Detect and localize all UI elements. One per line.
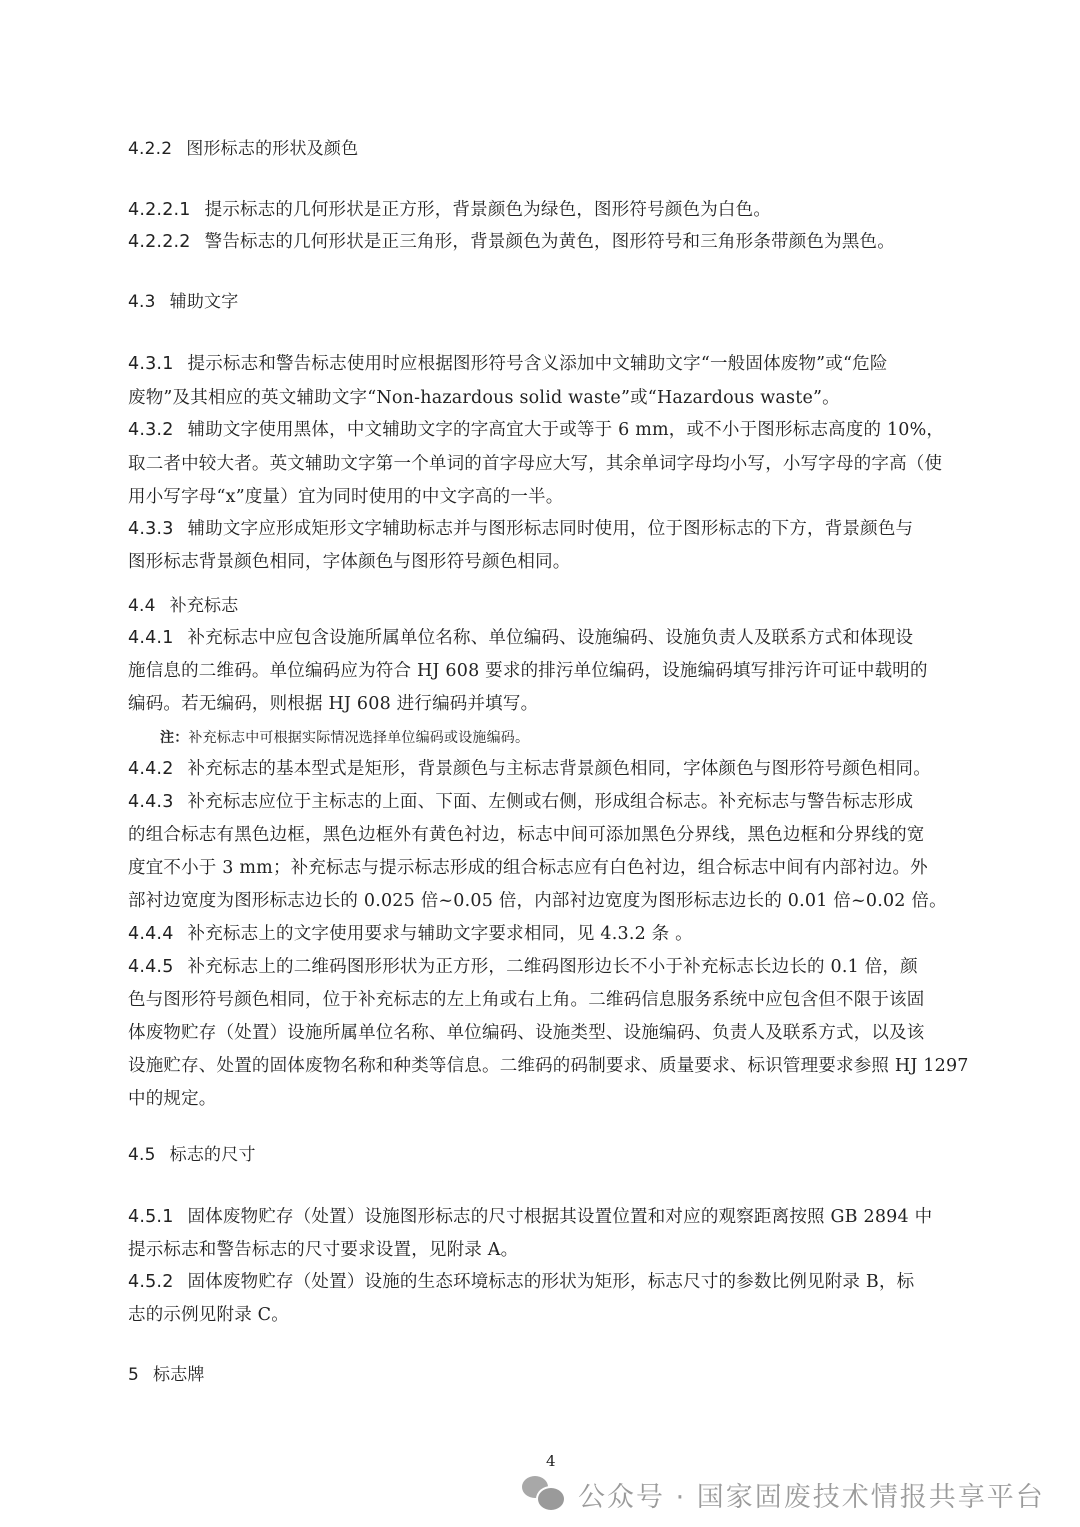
section-heading: 4.2.2图形标志的形状及颜色	[128, 137, 978, 161]
paragraph-line: 色与图形符号颜色相同，位于补充标志的左上角或右上角。二维码信息服务系统中应包含但…	[128, 988, 978, 1012]
clause-number: 4.2.2.1	[128, 200, 191, 220]
clause-number: 4.5.2	[128, 1272, 174, 1292]
paragraph-line: 4.2.2.2警告标志的几何形状是正三角形，背景颜色为黄色，图形符号和三角形条带…	[128, 230, 978, 254]
line-text: 中的规定。	[128, 1089, 217, 1109]
paragraph-line: 4.5.1固体废物贮存（处置）设施图形标志的尺寸根据其设置位置和对应的观察距离按…	[128, 1205, 978, 1229]
line-text: 废物”及其相应的英文辅助文字“Non-hazardous solid waste…	[128, 388, 840, 408]
clause-number: 5	[128, 1365, 139, 1385]
paragraph-line: 编码。若无编码，则根据 HJ 608 进行编码并填写。	[128, 692, 978, 716]
line-text: 提示标志和警告标志的尺寸要求设置，见附录 A。	[128, 1240, 518, 1260]
section-heading: 4.5标志的尺寸	[128, 1143, 978, 1167]
line-text: 补充标志上的二维码图形形状为正方形，二维码图形边长不小于补充标志长边长的 0.1…	[188, 957, 918, 977]
clause-number: 4.2.2.2	[128, 232, 191, 252]
clause-number: 4.3.2	[128, 420, 174, 440]
line-text: 图形标志的形状及颜色	[186, 139, 358, 159]
paragraph-line: 4.3.2辅助文字使用黑体，中文辅助文字的字高宜大于或等于 6 mm，或不小于图…	[128, 418, 978, 442]
line-text: 设施贮存、处置的固体废物名称和种类等信息。二维码的码制要求、质量要求、标识管理要…	[128, 1056, 969, 1076]
clause-number: 4.3.3	[128, 519, 174, 539]
paragraph-line: 4.4.3补充标志应位于主标志的上面、下面、左侧或右侧，形成组合标志。补充标志与…	[128, 790, 978, 814]
line-text: 志的示例见附录 C。	[128, 1305, 289, 1325]
paragraph-line: 的组合标志有黑色边框，黑色边框外有黄色衬边，标志中间可添加黑色分界线，黑色边框和…	[128, 823, 978, 847]
line-text: 度宜不小于 3 mm；补充标志与提示标志形成的组合标志应有白色衬边，组合标志中间…	[128, 858, 928, 878]
clause-number: 4.5	[128, 1145, 156, 1165]
line-text: 取二者中较大者。英文辅助文字第一个单词的首字母应大写，其余单词字母均小写，小写字…	[128, 454, 942, 474]
paragraph-line: 4.3.3辅助文字应形成矩形文字辅助标志并与图形标志同时使用，位于图形标志的下方…	[128, 517, 978, 541]
paragraph-line: 提示标志和警告标志的尺寸要求设置，见附录 A。	[128, 1238, 978, 1262]
clause-number: 4.3.1	[128, 354, 174, 374]
line-text: 的组合标志有黑色边框，黑色边框外有黄色衬边，标志中间可添加黑色分界线，黑色边框和…	[128, 825, 925, 845]
note-text: 补充标志中可根据实际情况选择单位编码或设施编码。	[188, 730, 529, 746]
paragraph-line: 取二者中较大者。英文辅助文字第一个单词的首字母应大写，其余单词字母均小写，小写字…	[128, 452, 978, 476]
line-text: 部衬边宽度为图形标志边长的 0.025 倍~0.05 倍，内部衬边宽度为图形标志…	[128, 891, 947, 911]
line-text: 编码。若无编码，则根据 HJ 608 进行编码并填写。	[128, 694, 538, 714]
paragraph-line: 废物”及其相应的英文辅助文字“Non-hazardous solid waste…	[128, 386, 978, 410]
paragraph-line: 4.4.4补充标志上的文字使用要求与辅助文字要求相同，见 4.3.2 条 。	[128, 922, 978, 946]
paragraph-line: 4.5.2固体废物贮存（处置）设施的生态环境标志的形状为矩形，标志尺寸的参数比例…	[128, 1270, 978, 1294]
line-text: 施信息的二维码。单位编码应为符合 HJ 608 要求的排污单位编码，设施编码填写…	[128, 661, 928, 681]
paragraph-line: 施信息的二维码。单位编码应为符合 HJ 608 要求的排污单位编码，设施编码填写…	[128, 659, 978, 683]
line-text: 补充标志应位于主标志的上面、下面、左侧或右侧，形成组合标志。补充标志与警告标志形…	[188, 792, 914, 812]
paragraph-line: 4.3.1提示标志和警告标志使用时应根据图形符号含义添加中文辅助文字“一般固体废…	[128, 352, 978, 376]
paragraph-line: 4.4.2补充标志的基本型式是矩形，背景颜色与主标志背景颜色相同，字体颜色与图形…	[128, 757, 978, 781]
page-number: 4	[546, 1452, 556, 1470]
paragraph-line: 4.2.2.1提示标志的几何形状是正方形，背景颜色为绿色，图形符号颜色为白色。	[128, 198, 978, 222]
clause-number: 4.5.1	[128, 1207, 174, 1227]
paragraph-line: 体废物贮存（处置）设施所属单位名称、单位编码、设施类型、设施编码、负责人及联系方…	[128, 1021, 978, 1045]
document-page: 4.2.2图形标志的形状及颜色4.2.2.1提示标志的几何形状是正方形，背景颜色…	[0, 0, 1080, 1527]
line-text: 固体废物贮存（处置）设施的生态环境标志的形状为矩形，标志尺寸的参数比例见附录 B…	[188, 1272, 915, 1292]
clause-number: 4.4.1	[128, 628, 174, 648]
line-text: 补充标志上的文字使用要求与辅助文字要求相同，见 4.3.2 条 。	[188, 924, 693, 944]
line-text: 标志的尺寸	[170, 1145, 256, 1165]
line-text: 标志牌	[153, 1365, 205, 1385]
line-text: 补充标志中应包含设施所属单位名称、单位编码、设施编码、设施负责人及联系方式和体现…	[188, 628, 914, 648]
line-text: 提示标志和警告标志使用时应根据图形符号含义添加中文辅助文字“一般固体废物”或“危…	[188, 354, 888, 374]
line-text: 色与图形符号颜色相同，位于补充标志的左上角或右上角。二维码信息服务系统中应包含但…	[128, 990, 925, 1010]
note: 注：补充标志中可根据实际情况选择单位编码或设施编码。	[160, 726, 1010, 750]
section-heading: 4.3辅助文字	[128, 290, 978, 314]
paragraph-line: 部衬边宽度为图形标志边长的 0.025 倍~0.05 倍，内部衬边宽度为图形标志…	[128, 889, 978, 913]
line-text: 图形标志背景颜色相同，字体颜色与图形符号颜色相同。	[128, 552, 571, 572]
watermark-footer: 公众号 · 国家固废技术情报共享平台	[520, 1474, 1045, 1514]
line-text: 体废物贮存（处置）设施所属单位名称、单位编码、设施类型、设施编码、负责人及联系方…	[128, 1023, 925, 1043]
clause-number: 4.3	[128, 292, 156, 312]
line-text: 警告标志的几何形状是正三角形，背景颜色为黄色，图形符号和三角形条带颜色为黑色。	[205, 232, 895, 252]
clause-number: 4.4.2	[128, 759, 174, 779]
wechat-icon	[520, 1474, 568, 1514]
section-heading: 4.4补充标志	[128, 594, 978, 618]
paragraph-line: 4.4.1补充标志中应包含设施所属单位名称、单位编码、设施编码、设施负责人及联系…	[128, 626, 978, 650]
paragraph-line: 度宜不小于 3 mm；补充标志与提示标志形成的组合标志应有白色衬边，组合标志中间…	[128, 856, 978, 880]
line-text: 提示标志的几何形状是正方形，背景颜色为绿色，图形符号颜色为白色。	[205, 200, 771, 220]
line-text: 补充标志	[170, 596, 239, 616]
clause-number: 4.2.2	[128, 139, 172, 159]
line-text: 辅助文字使用黑体，中文辅助文字的字高宜大于或等于 6 mm，或不小于图形标志高度…	[188, 420, 945, 440]
line-text: 用小写字母“x”度量）宜为同时使用的中文字高的一半。	[128, 487, 563, 507]
paragraph-line: 4.4.5补充标志上的二维码图形形状为正方形，二维码图形边长不小于补充标志长边长…	[128, 955, 978, 979]
line-text: 补充标志的基本型式是矩形，背景颜色与主标志背景颜色相同，字体颜色与图形符号颜色相…	[188, 759, 931, 779]
clause-number: 4.4	[128, 596, 156, 616]
line-text: 辅助文字	[170, 292, 239, 312]
paragraph-line: 图形标志背景颜色相同，字体颜色与图形符号颜色相同。	[128, 550, 978, 574]
paragraph-line: 设施贮存、处置的固体废物名称和种类等信息。二维码的码制要求、质量要求、标识管理要…	[128, 1054, 978, 1078]
note-label: 注：	[160, 730, 188, 746]
clause-number: 4.4.5	[128, 957, 174, 977]
clause-number: 4.4.4	[128, 924, 174, 944]
paragraph-line: 志的示例见附录 C。	[128, 1303, 978, 1327]
clause-number: 4.4.3	[128, 792, 174, 812]
section-heading: 5标志牌	[128, 1363, 978, 1387]
line-text: 辅助文字应形成矩形文字辅助标志并与图形标志同时使用，位于图形标志的下方，背景颜色…	[188, 519, 914, 539]
paragraph-line: 用小写字母“x”度量）宜为同时使用的中文字高的一半。	[128, 485, 978, 509]
paragraph-line: 中的规定。	[128, 1087, 978, 1111]
footer-text: 公众号 · 国家固废技术情报共享平台	[578, 1475, 1045, 1514]
line-text: 固体废物贮存（处置）设施图形标志的尺寸根据其设置位置和对应的观察距离按照 GB …	[188, 1207, 933, 1227]
